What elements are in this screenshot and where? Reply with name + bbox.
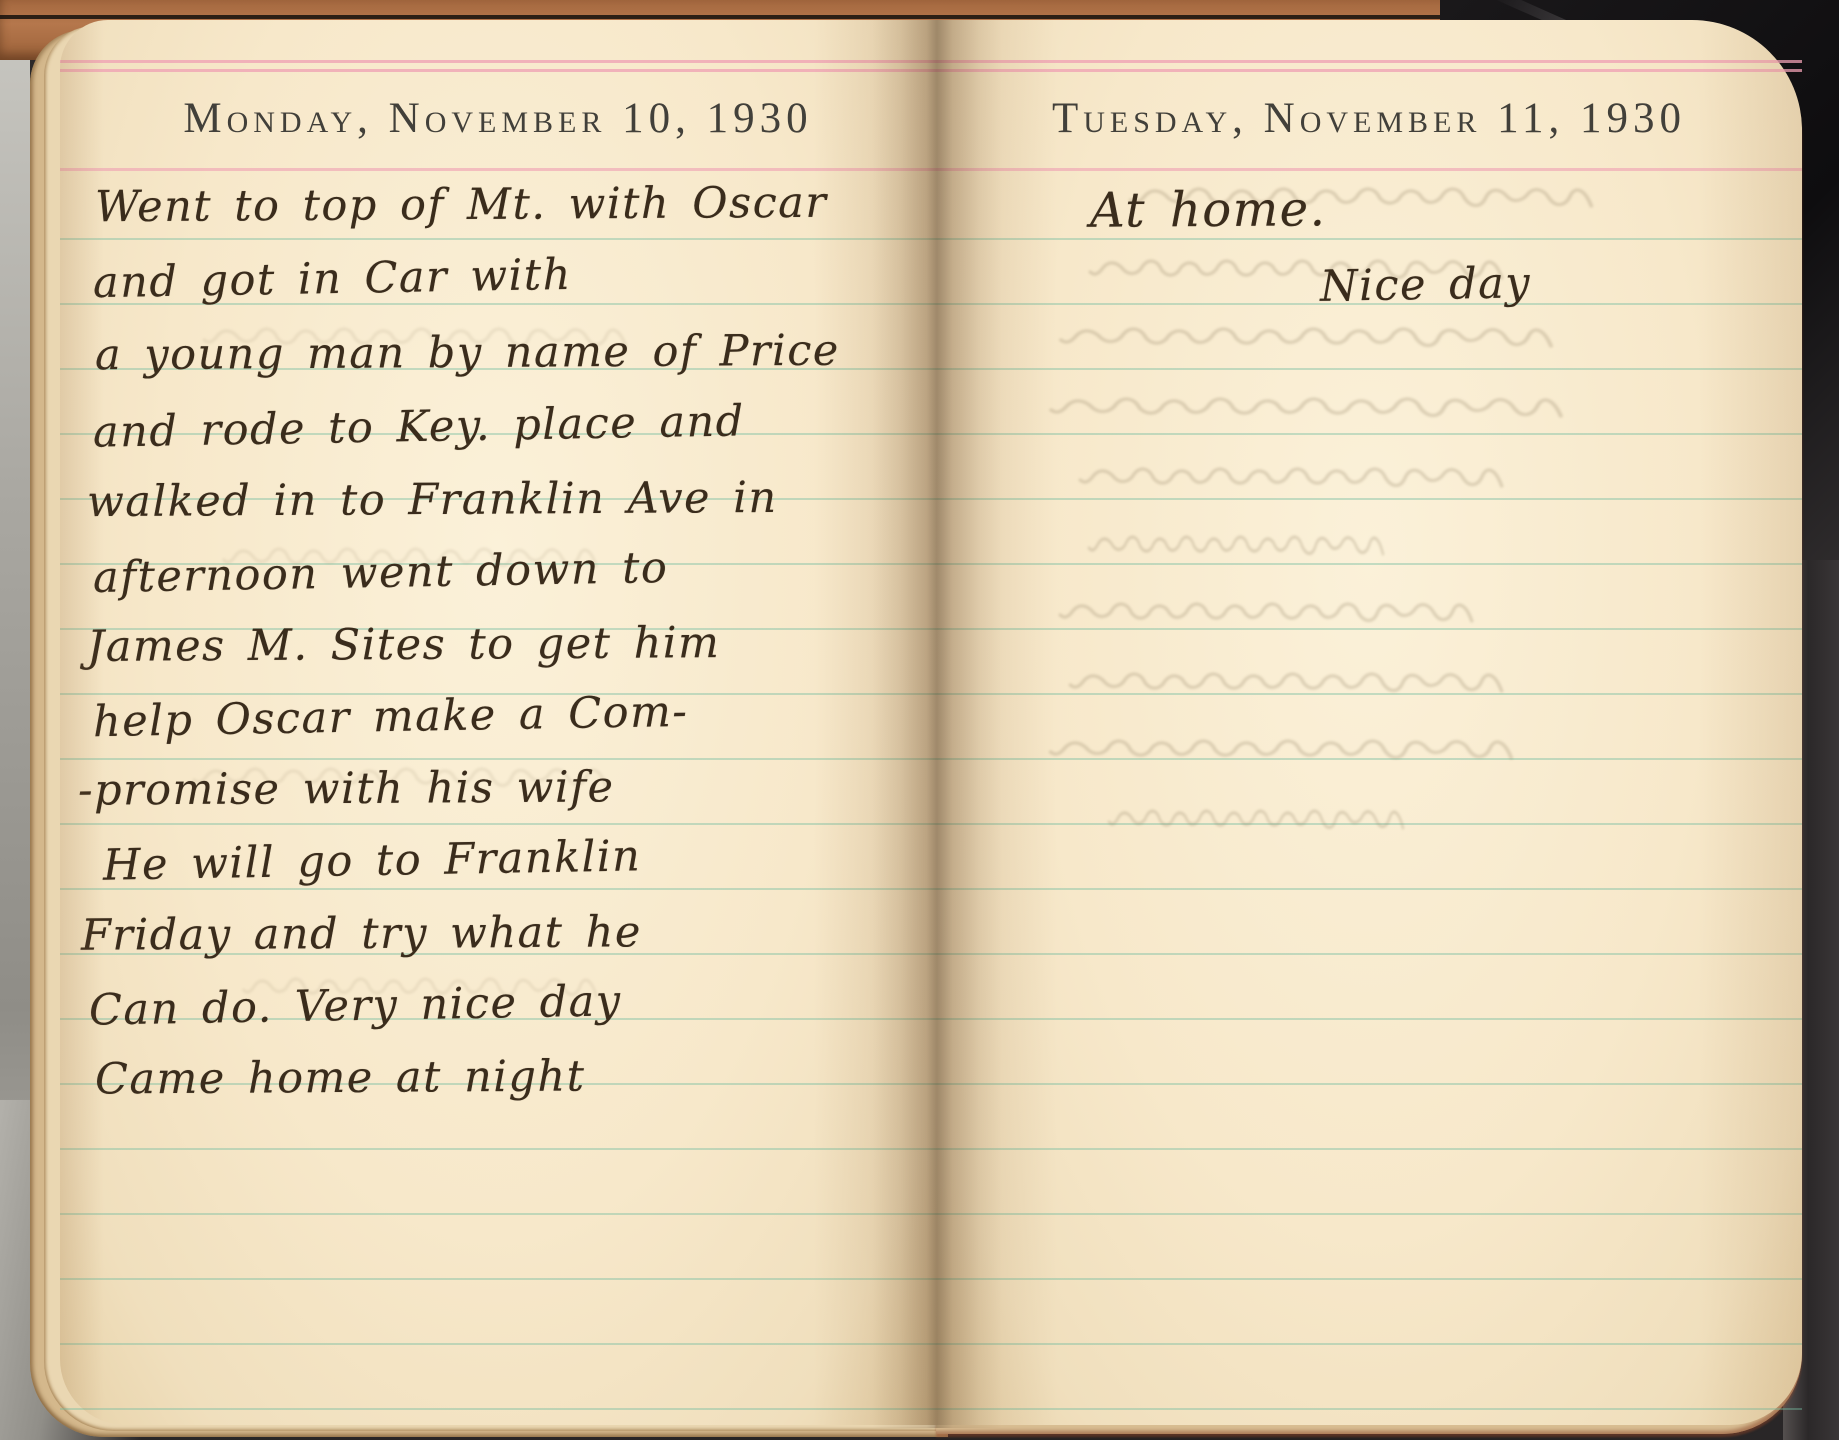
diary-entry-line: Friday and try what he <box>81 907 642 960</box>
bleedthrough-ghost-writing <box>1056 320 1556 360</box>
diary-entry-line: and got in Car with <box>93 250 573 308</box>
bleedthrough-ghost-writing <box>1046 732 1516 772</box>
diary-entry-line: Came home at night <box>95 1052 586 1105</box>
margin-line <box>60 60 936 63</box>
page-date-header-right: Tuesday, November 11, 1930 <box>936 94 1802 143</box>
diary-entry-line: help Oscar make a Com- <box>93 687 689 747</box>
diary-photo: Monday, November 10, 1930 Went to top of… <box>0 0 1839 1440</box>
diary-entry-line: He will go to Franklin <box>103 831 642 890</box>
margin-line <box>936 168 1802 171</box>
bleedthrough-ghost-writing <box>1076 460 1506 500</box>
diary-entry-line: Went to top of Mt. with Oscar <box>95 178 828 232</box>
margin-line <box>936 69 1802 72</box>
diary-page-left: Monday, November 10, 1930 Went to top of… <box>60 20 936 1425</box>
page-shading <box>936 20 1802 1425</box>
diary-entry-line: At home. <box>1090 181 1327 238</box>
bleedthrough-ghost-writing <box>1066 665 1506 705</box>
margin-line <box>60 168 936 171</box>
diary-entry-line: afternoon went down to <box>93 543 669 603</box>
diary-page-right: Tuesday, November 11, 1930 At home. Nice… <box>936 20 1802 1425</box>
bleedthrough-ghost-writing <box>1046 390 1566 430</box>
bleedthrough-ghost-writing <box>1106 802 1406 842</box>
diary-entry-line: James M. Sites to get him <box>87 618 721 672</box>
margin-line <box>936 60 1802 63</box>
page-date-header-left: Monday, November 10, 1930 <box>60 94 936 143</box>
diary-entry-line: and rode to Key. place and <box>93 396 746 457</box>
diary-entry-line: -promise with his wife <box>78 762 615 815</box>
margin-line <box>60 69 936 72</box>
diary-entry-line: walked in to Franklin Ave in <box>87 473 778 527</box>
diary-entry-line: a young man by name of Price <box>95 326 840 381</box>
diary-entry-line: Nice day <box>1320 258 1532 312</box>
diary-entry-line: Can do. Very nice day <box>89 976 622 1035</box>
bleedthrough-ghost-writing <box>1056 595 1476 635</box>
ruled-lines <box>936 238 1802 1419</box>
bleedthrough-ghost-writing <box>1086 528 1386 568</box>
